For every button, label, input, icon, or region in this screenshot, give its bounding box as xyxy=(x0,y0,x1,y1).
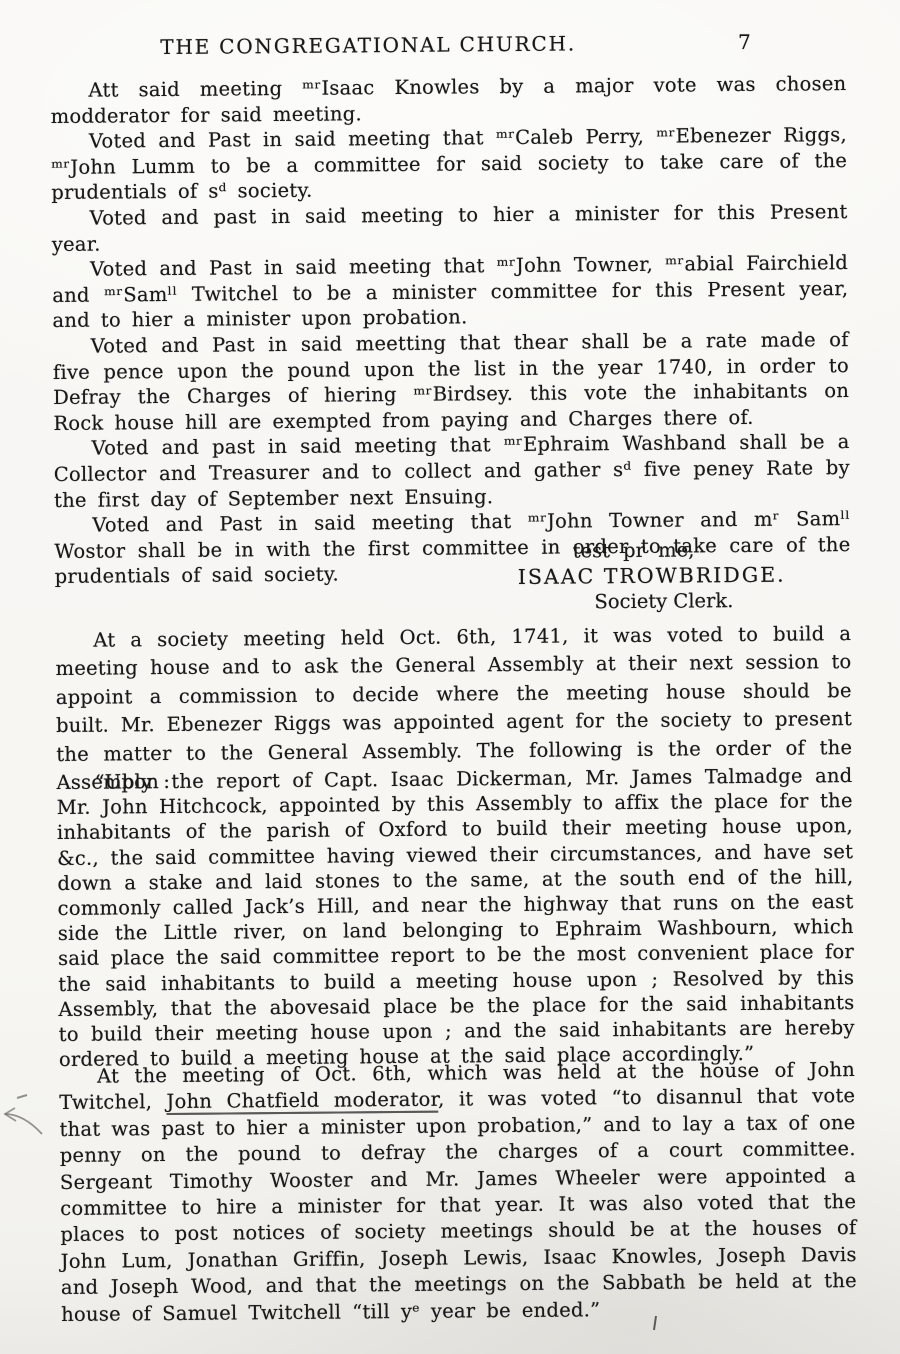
assembly-order-section: “Upon the report of Capt. Isaac Dickerma… xyxy=(56,763,855,1072)
margin-pencil-arrow-mark xyxy=(5,1114,42,1134)
page-title: THE CONGREGATIONAL CHURCH. xyxy=(160,31,576,59)
page-number: 7 xyxy=(738,30,751,54)
margin-pencil-arrowhead xyxy=(5,1108,16,1121)
paragraph-moderator-chosen: Att said meeting ᵐʳIsaac Knowles by a ma… xyxy=(50,71,846,129)
paragraph-five-pence-rate: Voted and Past in said meetting that the… xyxy=(53,327,850,436)
paragraph-minister-committee: Voted and Past in said meeting that ᵐʳJo… xyxy=(52,250,849,334)
paragraph-assembly-order: “Upon the report of Capt. Isaac Dickerma… xyxy=(56,763,855,1072)
paragraph-collector-treasurer: Voted and past in said meeting that ᵐʳEp… xyxy=(53,429,850,513)
minutes-section: Att said meeting ᵐʳIsaac Knowles by a ma… xyxy=(50,71,850,590)
attestation-phrase: test pr me, xyxy=(483,537,783,565)
paragraph-hire-minister: Voted and past in said meeting to hier a… xyxy=(51,199,847,257)
clerk-name: ISAAC TROWBRIDGE. xyxy=(502,562,802,590)
paragraph-oct6-meeting: At the meeting of Oct. 6th, which was he… xyxy=(59,1057,857,1328)
clerk-title: Society Clerk. xyxy=(514,588,814,616)
scanned-book-page: THE CONGREGATIONAL CHURCH. 7 Att said me… xyxy=(0,0,900,1354)
attestation-block: test pr me, ISAAC TROWBRIDGE. Society Cl… xyxy=(501,536,802,615)
running-head: THE CONGREGATIONAL CHURCH. 7 xyxy=(50,29,846,70)
margin-pencil-dash-mark xyxy=(17,1095,27,1098)
paragraph-prudential-committee: Voted and Past in said meeting that ᵐʳCa… xyxy=(51,122,848,206)
oct6-meeting-section: At the meeting of Oct. 6th, which was he… xyxy=(59,1057,857,1328)
oct6-text-after: , it was voted “to disannul that vote th… xyxy=(59,1084,857,1325)
page-text-block: THE CONGREGATIONAL CHURCH. 7 Att said me… xyxy=(50,29,857,1326)
pencil-underlined-phrase: John Chatfield moderator xyxy=(166,1088,438,1113)
